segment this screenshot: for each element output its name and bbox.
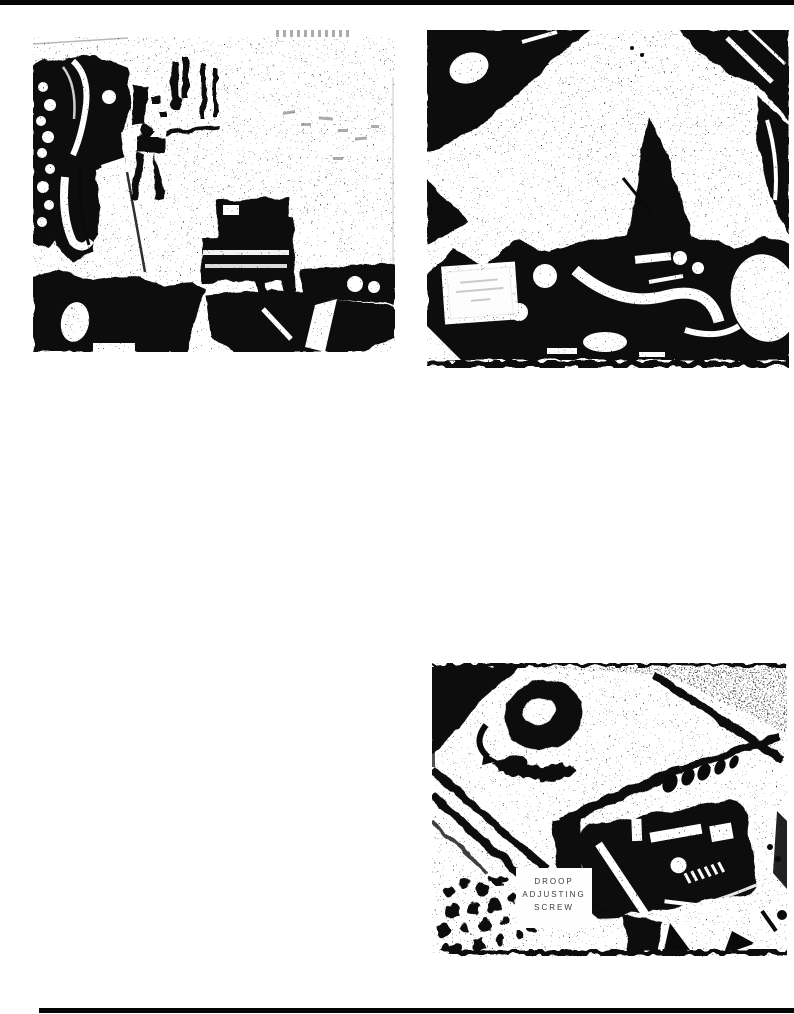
top-rule — [0, 0, 794, 5]
figure-engine-compartment — [427, 30, 789, 368]
figure-governor: DROOP ADJUSTING SCREW — [432, 663, 787, 957]
droop-label-line2: ADJUSTING — [516, 888, 592, 902]
illegible-tag — [447, 267, 513, 318]
bottom-rule — [39, 1008, 794, 1013]
engine-compartment-photo — [427, 30, 789, 368]
droop-label-line3: SCREW — [516, 901, 592, 915]
droop-adjusting-screw-label: DROOP ADJUSTING SCREW — [516, 868, 592, 928]
governor-photo — [432, 663, 787, 957]
toner-smudge — [276, 30, 350, 37]
engine-side-photo — [33, 37, 395, 352]
figure-engine-side — [33, 37, 395, 352]
droop-label-line1: DROOP — [516, 875, 592, 889]
scanned-manual-page: DROOP ADJUSTING SCREW — [0, 0, 794, 1014]
